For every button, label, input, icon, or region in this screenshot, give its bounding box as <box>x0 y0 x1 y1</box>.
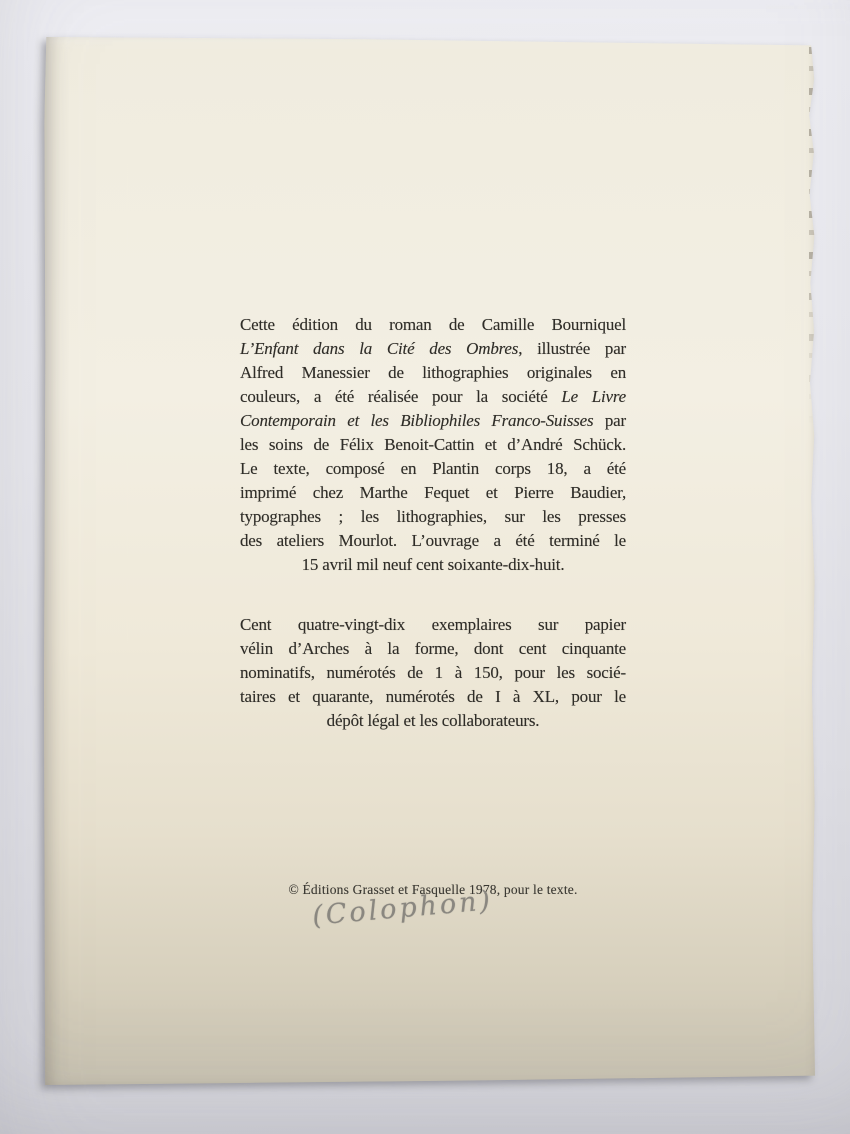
colophon-paragraph-2: Cent quatre-vingt-dix exemplaires sur pa… <box>240 613 626 733</box>
text-line: 15 avril mil neuf cent soixante-dix-huit… <box>240 553 626 577</box>
text-line: Cette édition du roman de Camille Bourni… <box>240 313 626 337</box>
text-line: nominatifs, numérotés de 1 à 150, pour l… <box>240 661 626 685</box>
text-line: des ateliers Mourlot. L’ouvrage a été te… <box>240 529 626 553</box>
photographed-page: Cette édition du roman de Camille Bourni… <box>0 0 850 1134</box>
text-line: Alfred Manessier de lithographies origin… <box>240 361 626 385</box>
colophon-page: Cette édition du roman de Camille Bourni… <box>44 37 815 1085</box>
copyright-line: © Éditions Grasset et Fasquelle 1978, po… <box>240 881 626 898</box>
text-line: couleurs, a été réalisée pour la société… <box>240 385 626 409</box>
text-line: dépôt légal et les collaborateurs. <box>240 709 626 733</box>
paper-sheet-wrapper: Cette édition du roman de Camille Bourni… <box>44 37 815 1085</box>
text-line: typographes ; les lithographies, sur les… <box>240 505 626 529</box>
text-line: les soins de Félix Benoit-Cattin et d’An… <box>240 433 626 457</box>
text-line: Le texte, composé en Plantin corps 18, a… <box>240 457 626 481</box>
text-line: vélin d’Arches à la forme, dont cent cin… <box>240 637 626 661</box>
deckled-edge <box>809 47 815 424</box>
text-line: imprimé chez Marthe Fequet et Pierre Bau… <box>240 481 626 505</box>
text-line: Cent quatre-vingt-dix exemplaires sur pa… <box>240 613 626 637</box>
colophon-paragraph-1: Cette édition du roman de Camille Bourni… <box>240 313 626 577</box>
colophon-text-block: Cette édition du roman de Camille Bourni… <box>240 313 626 733</box>
text-line: L’Enfant dans la Cité des Ombres, illust… <box>240 337 626 361</box>
text-line: taires et quarante, numérotés de I à XL,… <box>240 685 626 709</box>
text-line: Contemporain et les Bibliophiles Franco-… <box>240 409 626 433</box>
